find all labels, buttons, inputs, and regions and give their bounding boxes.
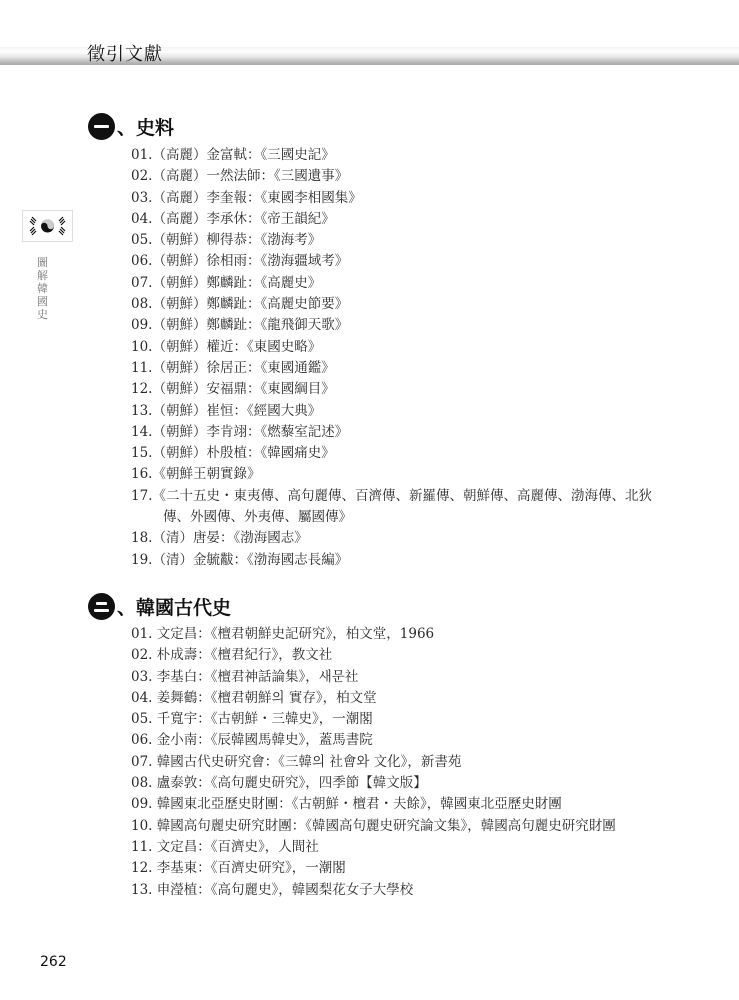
list-item: 16.《朝鮮王朝實錄》 <box>131 464 663 485</box>
list-item: 06. 金小南：《辰韓國馬韓史》，蓋馬書院 <box>131 730 616 751</box>
list-item: 05. 千寬宇：《古朝鮮・三韓史》，一潮閣 <box>131 709 616 730</box>
list-item: 02.（高麗）一然法師：《三國遺事》 <box>131 166 663 187</box>
list-item: 03.（高麗）李奎報：《東國李相國集》 <box>131 188 663 209</box>
list-item: 13.（朝鮮）崔恒：《經國大典》 <box>131 401 663 422</box>
running-header-title: 徵引文獻 <box>87 44 163 66</box>
list-item: 12.（朝鮮）安福鼎：《東國綱目》 <box>131 379 663 400</box>
list-item: 01. 文定昌：《檀君朝鮮史記研究》，柏文堂，1966 <box>131 624 616 645</box>
ancient-history-list: 01. 文定昌：《檀君朝鮮史記研究》，柏文堂，1966 02. 朴成壽：《檀君紀… <box>131 624 616 901</box>
list-item: 15.（朝鮮）朴殷植：《韓國痛史》 <box>131 443 663 464</box>
list-item: 02. 朴成壽：《檀君紀行》，教文社 <box>131 645 616 666</box>
sources-list: 01.（高麗）金富軾：《三國史記》 02.（高麗）一然法師：《三國遺事》 03.… <box>131 145 663 571</box>
number-two-badge-icon <box>88 593 115 620</box>
list-item: 12. 李基東：《百濟史研究》，一潮閣 <box>131 858 616 879</box>
list-item: 11.（朝鮮）徐居正：《東國通鑑》 <box>131 358 663 379</box>
list-item: 13. 申瀅植：《高句麗史》，韓國梨花女子大學校 <box>131 880 616 901</box>
list-item: 11. 文定昌：《百濟史》，人間社 <box>131 837 616 858</box>
page-number: 262 <box>40 954 67 970</box>
list-item: 10.（朝鮮）權近：《東國史略》 <box>131 337 663 358</box>
list-item: 10. 韓國高句麗史研究財團：《韓國高句麗史研究論文集》，韓國高句麗史研究財團 <box>131 816 616 837</box>
section-title: 、史料 <box>117 113 174 140</box>
list-item: 04.（高麗）李承休：《帝王韻紀》 <box>131 209 663 230</box>
section-heading-ancient-korean-history: 、韓國古代史 <box>88 593 231 620</box>
list-item: 05.（朝鮮）柳得恭：《渤海考》 <box>131 230 663 251</box>
list-item: 01.（高麗）金富軾：《三國史記》 <box>131 145 663 166</box>
korean-flag-icon <box>22 210 73 242</box>
list-item: 08. 盧泰敦：《高句麗史研究》，四季節【韓文版】 <box>131 773 616 794</box>
list-item: 04. 姜舞鶴：《檀君朝鮮의 實存》，柏文堂 <box>131 688 616 709</box>
list-item: 06.（朝鮮）徐相雨：《渤海疆域考》 <box>131 251 663 272</box>
list-item: 18.（清）唐晏：《渤海國志》 <box>131 528 663 549</box>
section-heading-historical-sources: 、史料 <box>88 113 174 140</box>
list-item: 17.《二十五史・東夷傳、高句麗傳、百濟傳、新羅傳、朝鮮傳、高麗傳、渤海傳、北狄… <box>131 486 663 529</box>
list-item: 09.（朝鮮）鄭麟趾：《龍飛御天歌》 <box>131 315 663 336</box>
list-item: 07.（朝鮮）鄭麟趾：《高麗史》 <box>131 273 663 294</box>
list-item: 09. 韓國東北亞歷史財團：《古朝鮮・檀君・夫餘》，韓國東北亞歷史財團 <box>131 794 616 815</box>
section-title: 、韓國古代史 <box>117 593 231 620</box>
list-item: 03. 李基白：《檀君神話論集》，새문社 <box>131 667 616 688</box>
list-item: 08.（朝鮮）鄭麟趾：《高麗史節要》 <box>131 294 663 315</box>
list-item: 07. 韓國古代史研究會：《三韓의 社會와 文化》，新書苑 <box>131 752 616 773</box>
list-item: 14.（朝鮮）李肯翊：《燃藜室記述》 <box>131 422 663 443</box>
number-one-badge-icon <box>88 113 115 140</box>
list-item: 19.（清）金毓黻：《渤海國志長編》 <box>131 550 663 571</box>
side-tab-label: 圖解韓國史 <box>37 256 51 321</box>
